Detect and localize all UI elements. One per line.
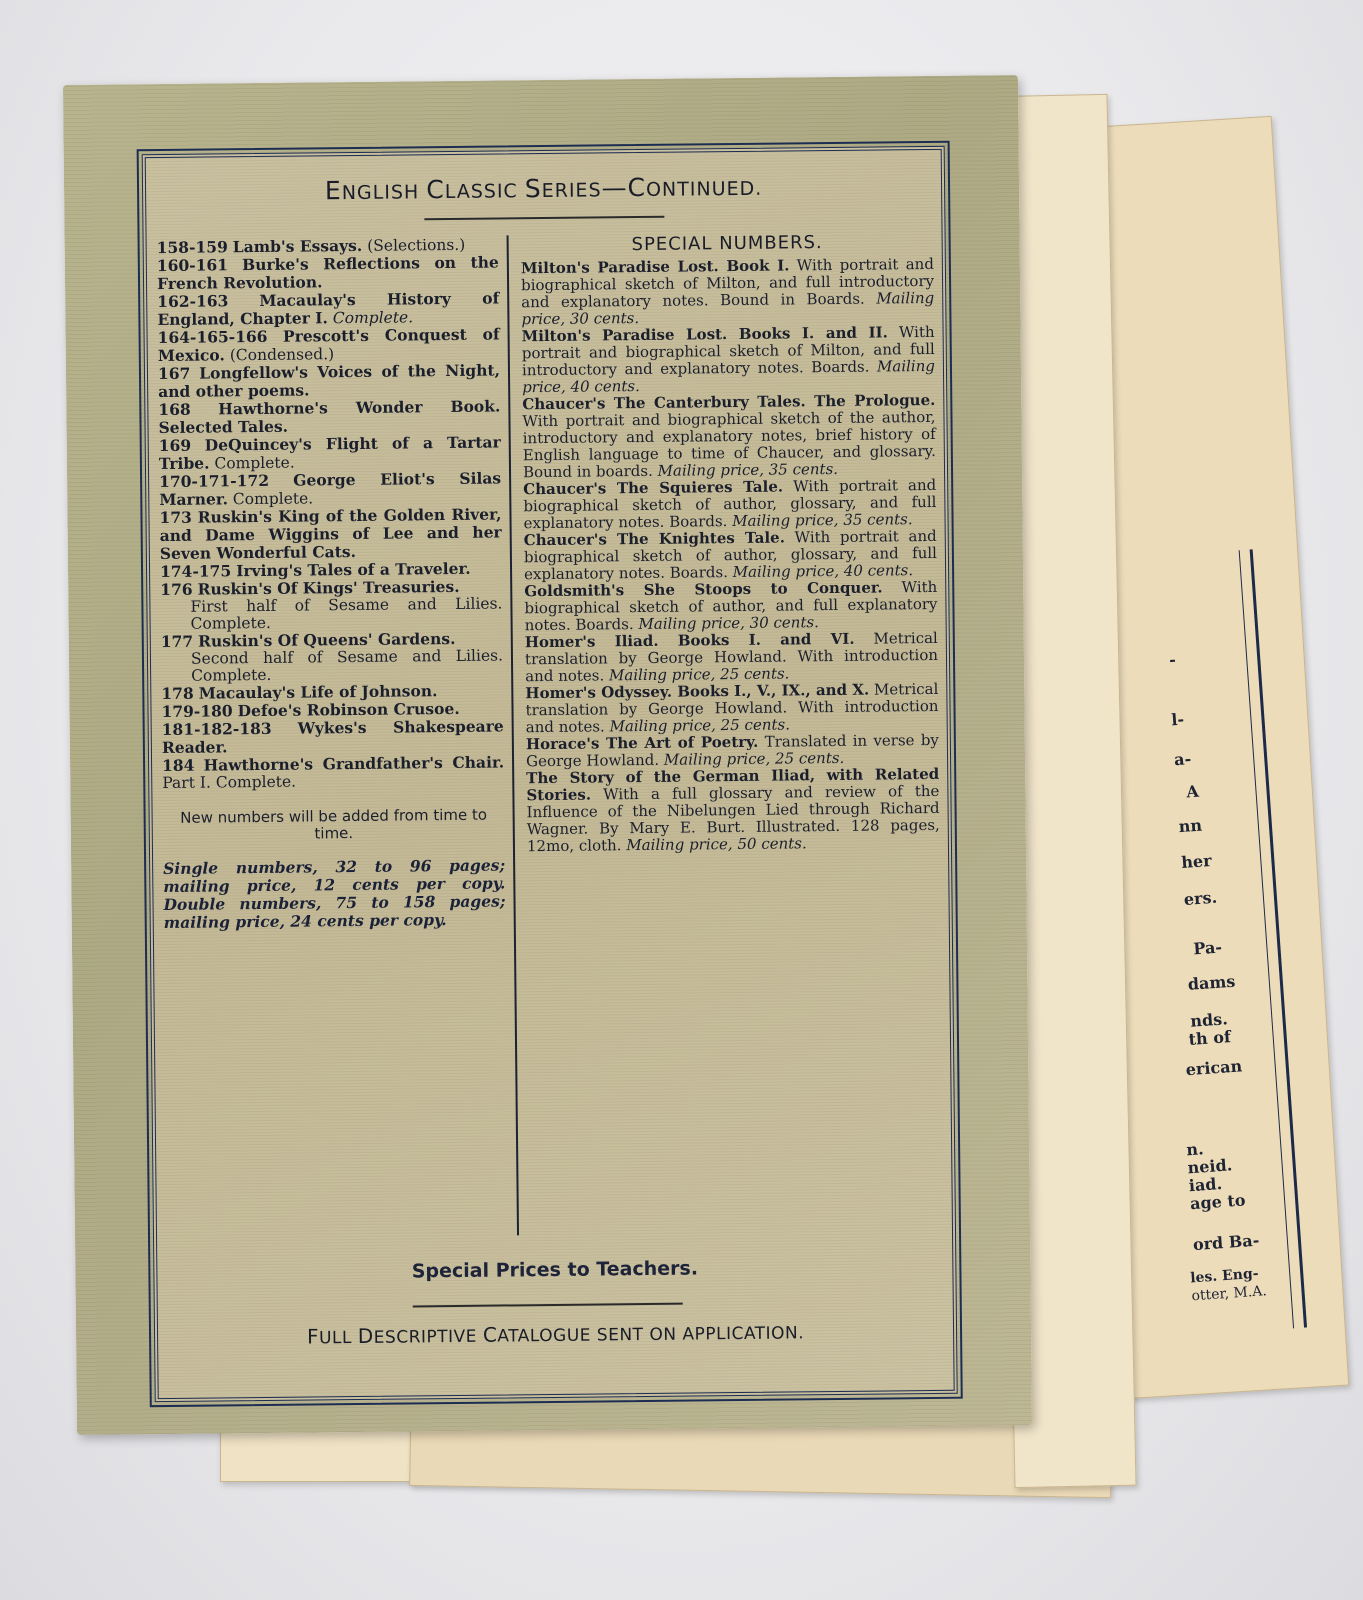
fragment: - bbox=[1168, 650, 1176, 669]
heading-rule bbox=[424, 216, 664, 221]
list-item: 177 Ruskin's Of Queens' Gardens. Second … bbox=[161, 629, 504, 685]
fragment: otter, M.A. bbox=[1191, 1283, 1267, 1304]
special-number-item: Chaucer's The Squieres Tale. With portra… bbox=[523, 477, 937, 532]
list-item: 169 DeQuincey's Flight of a Tartar Tribe… bbox=[159, 433, 501, 473]
special-numbers-heading: SPECIAL NUMBERS. bbox=[521, 231, 934, 256]
list-item: 170-171-172 George Eliot's Silas Marner.… bbox=[159, 469, 501, 509]
pricing-note: Single numbers, 32 to 96 pages; mailing … bbox=[163, 856, 506, 932]
fragment: A bbox=[1186, 782, 1200, 802]
special-number-item: Goldsmith's She Stoops to Conquer. With … bbox=[524, 579, 938, 634]
fragment: l- bbox=[1171, 710, 1185, 730]
fragment: les. Eng- bbox=[1190, 1266, 1259, 1287]
two-column-listing: 158-159 Lamb's Essays. (Selections.) 160… bbox=[147, 231, 953, 1289]
footer-rule bbox=[413, 1303, 683, 1307]
fragment: nn bbox=[1178, 816, 1203, 837]
list-item: 164-165-166 Prescott's Conquest of Mexic… bbox=[158, 325, 500, 365]
special-number-item: Chaucer's The Knightes Tale. With portra… bbox=[524, 528, 938, 583]
list-item: 167 Longfellow's Voices of the Night, an… bbox=[158, 361, 500, 401]
special-number-item: Milton's Paradise Lost. Book I. With por… bbox=[521, 256, 935, 328]
series-heading: ENGLISH CLASSIC SERIES—CONTINUED. bbox=[146, 170, 941, 207]
fragment: Pa- bbox=[1193, 937, 1223, 958]
fragment: th of bbox=[1188, 1027, 1231, 1049]
catalogue-line: FULL DESCRIPTIVE CATALOGUE SENT ON APPLI… bbox=[158, 1318, 953, 1350]
list-item: 176 Ruskin's Of Kings' Treasuries. First… bbox=[160, 577, 503, 633]
book-back-cover: ENGLISH CLASSIC SERIES—CONTINUED. 158-15… bbox=[63, 75, 1032, 1435]
catalogue-panel: ENGLISH CLASSIC SERIES—CONTINUED. 158-15… bbox=[142, 146, 958, 1402]
list-item: 168 Hawthorne's Wonder Book. Selected Ta… bbox=[158, 397, 500, 437]
list-item: 184 Hawthorne's Grandfather's Chair. Par… bbox=[162, 753, 504, 792]
special-number-item: Milton's Paradise Lost. Books I. and II.… bbox=[522, 324, 936, 396]
fragment: her bbox=[1181, 851, 1213, 872]
fragment: ers. bbox=[1183, 888, 1217, 909]
list-item: 160-161 Burke's Reflections on the Frenc… bbox=[157, 253, 499, 293]
special-number-item: Chaucer's The Canterbury Tales. The Prol… bbox=[522, 392, 936, 481]
special-number-item: Homer's Odyssey. Books I., V., IX., and … bbox=[525, 681, 939, 736]
special-numbers-column: SPECIAL NUMBERS. Milton's Paradise Lost.… bbox=[509, 231, 953, 1285]
fragment: erican bbox=[1185, 1056, 1243, 1079]
list-item: 173 Ruskin's King of the Golden River, a… bbox=[159, 505, 502, 563]
numbered-titles-column: 158-159 Lamb's Essays. (Selections.) 160… bbox=[147, 235, 518, 1289]
special-number-item: Horace's The Art of Poetry. Translated i… bbox=[526, 732, 939, 770]
fragment: dams bbox=[1187, 972, 1236, 994]
special-number-item: The Story of the German Iliad, with Rela… bbox=[526, 766, 940, 855]
fragment: a- bbox=[1173, 749, 1191, 769]
fragment: ord Ba- bbox=[1192, 1231, 1260, 1255]
special-number-item: Homer's Iliad. Books I. and VI. Metrical… bbox=[525, 630, 939, 685]
fragment: age to bbox=[1189, 1190, 1246, 1213]
list-item: 181-182-183 Wykes's Shakespeare Reader. bbox=[162, 717, 504, 757]
new-numbers-note: New numbers will be added from time to t… bbox=[163, 806, 505, 844]
list-item: 162-163 Macaulay's History of England, C… bbox=[157, 289, 499, 329]
